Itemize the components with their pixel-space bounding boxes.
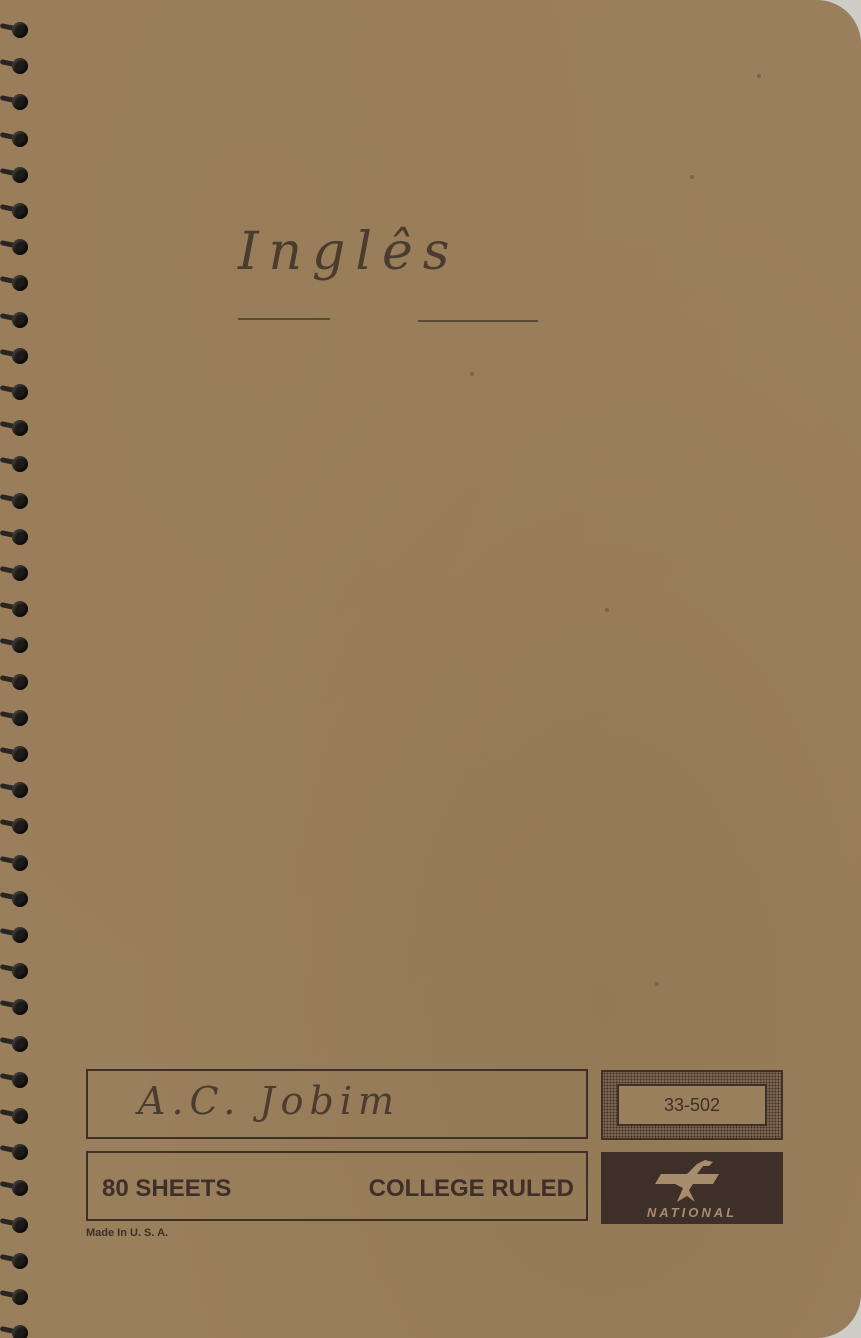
spiral-coil (0, 275, 30, 291)
spiral-coil (0, 999, 30, 1015)
coil-loop (12, 1180, 28, 1196)
product-code: 33-502 (617, 1084, 767, 1126)
coil-loop (12, 1289, 28, 1305)
spiral-coil (0, 239, 30, 255)
spiral-coil (0, 565, 30, 581)
coil-loop (12, 58, 28, 74)
coil-loop (12, 1108, 28, 1124)
coil-loop (12, 420, 28, 436)
spiral-coil (0, 1072, 30, 1088)
title-underline (238, 318, 330, 320)
coil-loop (12, 601, 28, 617)
product-code-box: 33-502 (601, 1070, 783, 1140)
spiral-coil (0, 1253, 30, 1269)
spiral-coil (0, 674, 30, 690)
coil-loop (12, 565, 28, 581)
spiral-coil (0, 94, 30, 110)
spiral-coil (0, 1289, 30, 1305)
coil-loop (12, 855, 28, 871)
coil-loop (12, 529, 28, 545)
coil-loop (12, 312, 28, 328)
spiral-coil (0, 1217, 30, 1233)
ruling-label: COLLEGE RULED (369, 1175, 574, 1203)
spiral-coil (0, 927, 30, 943)
handwritten-title: Inglês (238, 222, 459, 282)
spiral-coil (0, 855, 30, 871)
coil-loop (12, 167, 28, 183)
coil-loop (12, 963, 28, 979)
coil-loop (12, 782, 28, 798)
coil-loop (12, 999, 28, 1015)
coil-loop (12, 710, 28, 726)
spiral-coil (0, 22, 30, 38)
spiral-coil (0, 203, 30, 219)
coil-loop (12, 674, 28, 690)
notebook-cover: Inglês A.C. Jobim 80 SHEETS COLLEGE RULE… (0, 0, 861, 1338)
coil-loop (12, 348, 28, 364)
coil-loop (12, 94, 28, 110)
coil-loop (12, 384, 28, 400)
made-in-label: Made In U. S. A. (86, 1227, 168, 1239)
spiral-coil (0, 1325, 30, 1338)
spiral-coil (0, 348, 30, 364)
coil-loop (12, 1072, 28, 1088)
spiral-coil (0, 1036, 30, 1052)
cover-speck (470, 372, 474, 376)
coil-loop (12, 203, 28, 219)
spiral-coil (0, 456, 30, 472)
coil-loop (12, 1144, 28, 1160)
coil-loop (12, 891, 28, 907)
coil-loop (12, 1253, 28, 1269)
sheets-label-box: 80 SHEETS COLLEGE RULED (86, 1151, 588, 1221)
coil-loop (12, 22, 28, 38)
spiral-coil (0, 746, 30, 762)
spiral-coil (0, 58, 30, 74)
coil-loop (12, 493, 28, 509)
coil-loop (12, 1036, 28, 1052)
spiral-coil (0, 637, 30, 653)
spiral-coil (0, 529, 30, 545)
coil-loop (12, 1217, 28, 1233)
spiral-coil (0, 1144, 30, 1160)
cover-speck (605, 608, 609, 612)
handwritten-name: A.C. Jobim (138, 1079, 400, 1123)
cover-speck (690, 175, 694, 179)
spiral-coil (0, 384, 30, 400)
coil-loop (12, 239, 28, 255)
spiral-coil (0, 1108, 30, 1124)
spiral-coil (0, 891, 30, 907)
spiral-coil (0, 601, 30, 617)
cover-speck (655, 982, 659, 986)
spiral-coil (0, 818, 30, 834)
cover-speck (757, 74, 761, 78)
spiral-coil (0, 963, 30, 979)
spiral-coil (0, 131, 30, 147)
spiral-coil (0, 493, 30, 509)
spiral-coil (0, 167, 30, 183)
coil-loop (12, 637, 28, 653)
title-underline (418, 320, 538, 322)
sheet-count-label: 80 SHEETS (102, 1175, 231, 1203)
spiral-coil (0, 710, 30, 726)
coil-loop (12, 275, 28, 291)
coil-loop (12, 456, 28, 472)
coil-loop (12, 746, 28, 762)
coil-loop (12, 818, 28, 834)
spiral-coil (0, 782, 30, 798)
spiral-coil (0, 420, 30, 436)
brand-logo-box: NATIONAL (601, 1152, 783, 1224)
spiral-coil (0, 312, 30, 328)
name-label-box: A.C. Jobim (86, 1069, 588, 1139)
spiral-coil (0, 1180, 30, 1196)
brand-name: NATIONAL (601, 1205, 783, 1220)
coil-loop (12, 131, 28, 147)
coil-loop (12, 927, 28, 943)
national-eagle-logo-icon (653, 1158, 733, 1206)
coil-loop (12, 1325, 28, 1338)
spiral-binding (0, 0, 40, 1338)
